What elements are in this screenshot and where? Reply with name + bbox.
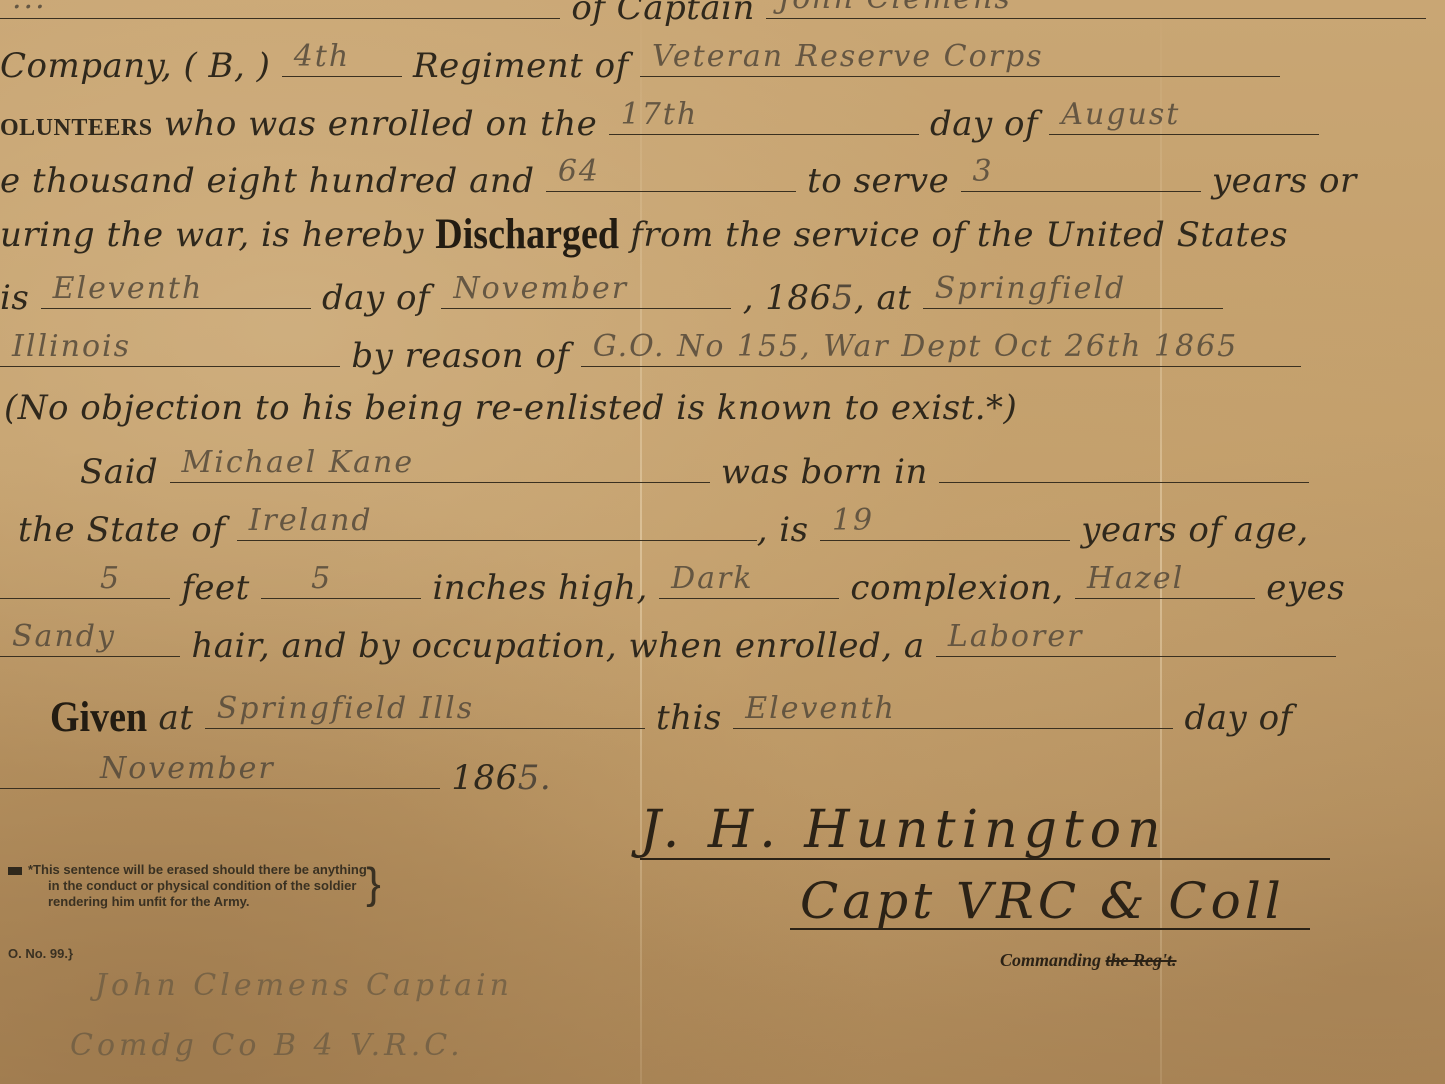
given-at-line: Given at Springfield Ills this Eleventh …: [50, 692, 1293, 739]
commanding-label: Commanding the Reg't.: [1000, 950, 1177, 971]
printed-text: at: [158, 698, 193, 738]
printed-text: uring the war, is hereby: [0, 215, 424, 255]
captain-line: ... of Captain John Clemens: [0, 0, 1426, 28]
issue-place: Springfield Ills: [217, 691, 474, 726]
discharge-state-field: Illinois: [0, 330, 340, 367]
printed-text: hair, and by occupation, when enrolled, …: [191, 626, 924, 666]
issue-month-line: November 1865.: [0, 752, 551, 798]
enrollment-year: 64: [558, 154, 600, 189]
discharge-place: Springfield: [935, 271, 1126, 306]
given-heading: Given: [50, 692, 147, 743]
birth-state: Ireland: [249, 503, 373, 538]
service-term: 3: [973, 154, 994, 189]
issue-place-field: Springfield Ills: [205, 692, 645, 729]
signature-name: J. H. Huntington: [640, 800, 1167, 860]
eye-color: Hazel: [1087, 561, 1184, 596]
printed-text: of Captain: [571, 0, 755, 28]
enrollment-month: August: [1061, 97, 1180, 132]
captain-name: John Clemens: [778, 0, 1012, 16]
hair-color: Sandy: [12, 619, 116, 654]
printed-text: e thousand eight hundred and: [0, 161, 535, 201]
soldier-name-line: Said Michael Kane was born in: [80, 446, 1309, 492]
description-line: 5 feet 5 inches high, Dark complexion, H…: [0, 562, 1345, 608]
printed-text: (No objection to his being re-enlisted i…: [4, 388, 1017, 428]
regiment-label: Regiment of: [413, 46, 629, 86]
endorsement-line: John Clemens Captain: [95, 968, 513, 1003]
printed-text: this: [656, 698, 722, 738]
discharge-state: Illinois: [12, 329, 131, 364]
footnote-line: *This sentence will be erased should the…: [28, 862, 367, 877]
issue-day: Eleventh: [745, 691, 896, 726]
printed-text: , is: [757, 510, 809, 550]
discharge-year-digit: 5: [832, 278, 854, 318]
printed-text: day of: [1185, 698, 1293, 738]
reenlist-note: (No objection to his being re-enlisted i…: [4, 388, 1017, 428]
struck-text: the Reg't.: [1106, 950, 1177, 970]
occupation-line: Sandy hair, and by occupation, when enro…: [0, 620, 1336, 666]
occupation-field: Laborer: [936, 620, 1336, 657]
discharge-date-line: is Eleventh day of November , 1865, at S…: [0, 272, 1223, 318]
regiment-number: 4th: [294, 39, 350, 74]
printed-text: Said: [80, 452, 158, 492]
footnote-line: in the conduct or physical condition of …: [8, 878, 367, 894]
endorsement-line: Comdg Co B 4 V.R.C.: [70, 1028, 464, 1063]
brace-glyph: }: [366, 862, 381, 906]
height-feet: 5: [100, 561, 121, 596]
discharge-line: uring the war, is hereby Discharged from…: [0, 212, 1288, 256]
discharge-place-field: Springfield: [923, 272, 1223, 309]
printed-text: day of: [930, 104, 1038, 144]
complexion-field: Dark: [659, 562, 839, 599]
enrollment-day-field: 17th: [609, 98, 919, 135]
footnote-line: rendering him unfit for the Army.: [8, 894, 367, 910]
service-term-field: 3: [961, 155, 1201, 192]
enrollment-day: 17th: [621, 97, 699, 132]
company-regiment-line: Company, ( B, ) 4th Regiment of Veteran …: [0, 40, 1280, 86]
regiment-name: Veteran Reserve Corps: [652, 39, 1044, 74]
age: 19: [832, 503, 874, 538]
birth-state-line: the State of Ireland, is 19 years of age…: [18, 504, 1309, 550]
complexion: Dark: [671, 561, 753, 596]
discharge-day: Eleventh: [53, 271, 204, 306]
printed-text: Commanding: [1000, 950, 1101, 970]
enrollment-month-field: August: [1049, 98, 1319, 135]
handwritten-value: ...: [12, 0, 47, 16]
printed-text: , at: [854, 278, 912, 318]
printed-text: was born in: [721, 452, 928, 492]
birthplace-field: [939, 446, 1309, 483]
printed-text: inches high,: [432, 568, 647, 608]
printed-text: , 186: [743, 278, 832, 318]
discharge-reason: G.O. No 155, War Dept Oct 26th 1865: [593, 329, 1239, 364]
discharge-day-field: Eleventh: [41, 272, 311, 309]
printed-text: who was enrolled on the: [164, 104, 597, 144]
reason-line: Illinois by reason of G.O. No 155, War D…: [0, 330, 1301, 376]
issue-year-digit: 5.: [518, 758, 551, 798]
blank-field: ...: [0, 0, 560, 19]
soldier-name: Michael Kane: [182, 445, 415, 480]
eye-color-field: Hazel: [1075, 562, 1255, 599]
printed-text: eyes: [1266, 568, 1345, 608]
volunteers-heading: OLUNTEERS: [0, 115, 153, 141]
printed-text: day of: [322, 278, 430, 318]
printed-text: by reason of: [351, 336, 569, 376]
height-inches-field: 5: [261, 562, 421, 599]
regiment-name-field: Veteran Reserve Corps: [640, 40, 1280, 77]
footnote: *This sentence will be erased should the…: [8, 862, 367, 910]
issue-month-field: November: [0, 752, 440, 789]
issue-day-field: Eleventh: [733, 692, 1173, 729]
height-feet-field: 5: [0, 562, 170, 599]
enrollment-line: OLUNTEERS who was enrolled on the 17th d…: [0, 98, 1319, 144]
birth-state-field: Ireland: [237, 504, 757, 541]
hair-color-field: Sandy: [0, 620, 180, 657]
printed-text: complexion,: [850, 568, 1063, 608]
form-number: O. No. 99.}: [8, 946, 73, 961]
issue-month: November: [100, 751, 275, 786]
signature-title: Capt VRC & Coll: [800, 872, 1285, 930]
discharge-month-field: November: [441, 272, 731, 309]
company-label: Company, ( B, ): [0, 46, 270, 86]
discharge-month: November: [453, 271, 628, 306]
captain-name-field: John Clemens: [766, 0, 1426, 19]
printed-text: years of age,: [1081, 510, 1308, 550]
occupation: Laborer: [948, 619, 1084, 654]
discharge-reason-field: G.O. No 155, War Dept Oct 26th 1865: [581, 330, 1301, 367]
age-field: 19: [820, 504, 1070, 541]
soldier-name-field: Michael Kane: [170, 446, 710, 483]
printed-text: years or: [1212, 161, 1357, 201]
term-line: e thousand eight hundred and 64 to serve…: [0, 155, 1357, 201]
printed-text: 186: [451, 758, 517, 798]
enrollment-year-field: 64: [546, 155, 796, 192]
printed-text: to serve: [807, 161, 949, 201]
pointing-hand-icon: [8, 867, 22, 875]
height-inches: 5: [311, 561, 332, 596]
printed-text: feet: [181, 568, 250, 608]
regiment-number-field: 4th: [282, 40, 402, 77]
discharged-heading: Discharged: [435, 209, 619, 260]
printed-text: from the service of the United States: [630, 215, 1288, 255]
printed-text: is: [0, 278, 29, 318]
printed-text: the State of: [18, 510, 225, 550]
